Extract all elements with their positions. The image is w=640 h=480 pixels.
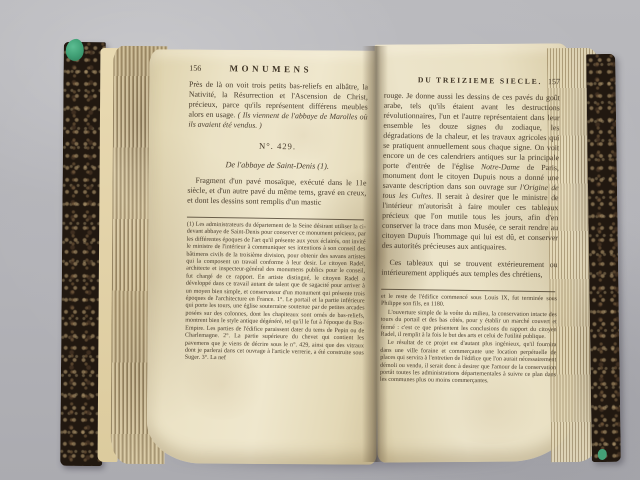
- article-title: De l'abbaye de Saint-Denis (1).: [188, 160, 367, 172]
- green-speck: [598, 449, 607, 460]
- left-page-header: 156 MONUMENS: [189, 63, 368, 76]
- left-page-content: 156 MONUMENS Près de là on voit trois pe…: [185, 63, 369, 365]
- photo-background: 156 MONUMENS Près de là on voit trois pe…: [0, 0, 640, 480]
- green-marble-spot: [66, 39, 84, 61]
- right-paragraph-1: rouge. Je donne aussi les dessins de ces…: [382, 91, 560, 253]
- left-running-title: MONUMENS: [229, 63, 312, 74]
- right-paragraph-1-text: . Il serait à desirer que le ministre de…: [382, 191, 559, 251]
- left-footnote-rule: [187, 217, 364, 221]
- right-footnote-rule: [381, 289, 555, 292]
- left-paragraph-1: Près de là on voit trois petits bas-reli…: [188, 80, 368, 133]
- article-number: N°. 429.: [188, 140, 367, 153]
- right-footnote-3: Le résultat de ce projet est d'autant pl…: [380, 340, 557, 387]
- right-paragraph-1-text: rouge. Je donne aussi les dessins de ces…: [383, 91, 560, 171]
- left-paragraph-2: Fragment d'un pavé mosaïque, exécuté dan…: [187, 176, 366, 209]
- right-page-content: DU TREIZIEME SIECLE. 157 rouge. Je donne…: [380, 75, 560, 387]
- right-cover-board: [586, 54, 621, 462]
- right-page-number: 157: [548, 77, 560, 86]
- right-page-header: DU TREIZIEME SIECLE. 157: [384, 75, 560, 86]
- left-footnote: (1) Les administrateurs du département d…: [185, 222, 366, 366]
- right-running-title: DU TREIZIEME SIECLE.: [418, 75, 542, 86]
- left-page-number: 156: [189, 64, 201, 73]
- right-paragraph-2: Ces tableaux qui se trouvent extérieurem…: [381, 258, 557, 280]
- right-footnote-1: et le reste de l'édifice commencé sous L…: [381, 294, 557, 311]
- notre-dame-italic: Notre-Dame: [481, 162, 520, 172]
- right-footnote-2: L'ouverture simple de la voûte du milieu…: [380, 310, 556, 342]
